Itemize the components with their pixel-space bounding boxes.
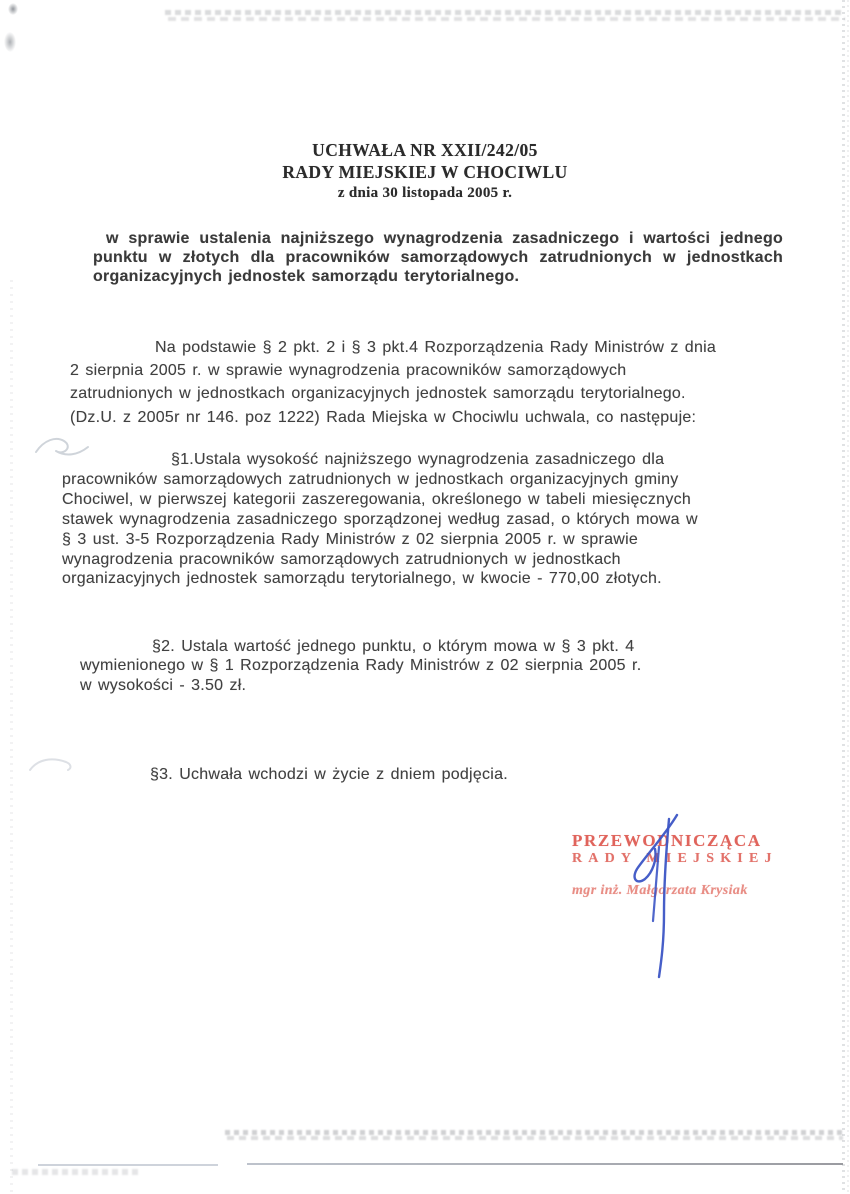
resolution-date: z dnia 30 listopada 2005 r. xyxy=(0,183,850,203)
section-3-paragraph: §3. Uchwała wchodzi w życie z dniem podj… xyxy=(150,765,750,785)
resolution-number: UCHWAŁA NR XXII/242/05 xyxy=(0,140,850,162)
text-line: pracowników samorządowych zatrudnionych … xyxy=(62,470,796,490)
text-line: §1.Ustala wysokość najniższego wynagrodz… xyxy=(62,450,796,470)
legal-basis-paragraph: Na podstawie § 2 pkt. 2 i § 3 pkt.4 Rozp… xyxy=(70,336,794,429)
text-line: zatrudnionych w jednostkach organizacyjn… xyxy=(70,382,794,405)
text-line: w wysokości - 3.50 zł. xyxy=(80,676,780,695)
pencil-margin-mark-2 xyxy=(26,752,76,778)
scanned-document-page: UCHWAŁA NR XXII/242/05 RADY MIEJSKIEJ W … xyxy=(0,0,850,1194)
text-line: (Dz.U. z 2005r nr 146. poz 1222) Rada Mi… xyxy=(70,406,794,429)
text-line: Chociwel, w pierwszej kategorii zaszereg… xyxy=(62,490,796,510)
text-line: 2 sierpnia 2005 r. w sprawie wynagrodzen… xyxy=(70,359,794,382)
text-line: organizacyjnych jednostek samorządu tery… xyxy=(62,569,796,589)
handwritten-signature xyxy=(607,813,697,983)
scan-speck-top-left-1 xyxy=(8,3,18,15)
scan-bottom-edge-line-left xyxy=(38,1164,218,1166)
text-line: § 3 ust. 3-5 Rozporządzenia Rady Ministr… xyxy=(62,530,796,550)
scan-page-edge-left xyxy=(10,280,13,1194)
text-line: wynagrodzenia pracowników samorządowych … xyxy=(62,550,796,570)
scan-ghost-text-bottom xyxy=(225,1129,843,1142)
text-line: punktu w złotych dla pracowników samorzą… xyxy=(93,248,783,267)
text-line: wymienionego w § 1 Rozporządzenia Rady M… xyxy=(80,656,780,675)
text-line: w sprawie ustalenia najniższego wynagrod… xyxy=(93,229,783,248)
scan-ghost-text-top xyxy=(165,7,845,25)
text-line: §2. Ustala wartość jednego punktu, o któ… xyxy=(80,637,780,656)
text-line: Na podstawie § 2 pkt. 2 i § 3 pkt.4 Rozp… xyxy=(70,336,794,359)
scan-smudge-bottom-left xyxy=(12,1166,142,1178)
document-title-block: UCHWAŁA NR XXII/242/05 RADY MIEJSKIEJ W … xyxy=(0,140,850,203)
subject-paragraph: w sprawie ustalenia najniższego wynagrod… xyxy=(93,229,783,287)
text-line: organizacyjnych jednostek samorządu tery… xyxy=(93,267,783,286)
scan-speck-top-left-2 xyxy=(4,32,16,52)
issuing-council: RADY MIEJSKIEJ W CHOCIWLU xyxy=(0,162,850,184)
section-2-paragraph: §2. Ustala wartość jednego punktu, o któ… xyxy=(80,637,780,695)
text-line: stawek wynagrodzenia zasadniczego sporzą… xyxy=(62,510,796,530)
section-1-paragraph: §1.Ustala wysokość najniższego wynagrodz… xyxy=(62,450,796,589)
text-line: §3. Uchwała wchodzi w życie z dniem podj… xyxy=(150,765,750,785)
scan-bottom-edge-line-right xyxy=(247,1163,843,1165)
